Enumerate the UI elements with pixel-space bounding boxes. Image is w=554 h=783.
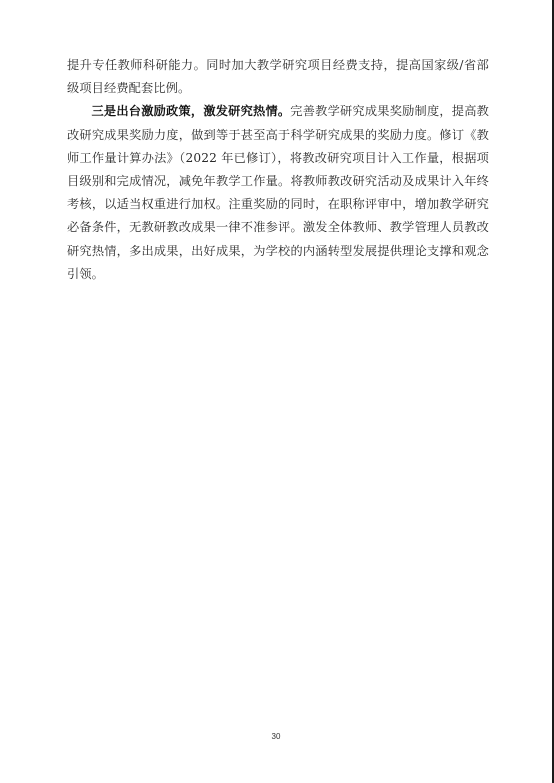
- page-number: 30: [0, 732, 552, 741]
- paragraph-continuation: 提升专任教师科研能力。同时加大教学研究项目经费支持，提高国家级/省部级项目经费配…: [67, 54, 489, 100]
- document-page: 提升专任教师科研能力。同时加大教学研究项目经费支持，提高国家级/省部级项目经费配…: [0, 0, 554, 783]
- page-body: 提升专任教师科研能力。同时加大教学研究项目经费支持，提高国家级/省部级项目经费配…: [67, 54, 489, 286]
- paragraph-text: 提升专任教师科研能力。同时加大教学研究项目经费支持，提高国家级/省部级项目经费配…: [67, 58, 489, 95]
- paragraph-text: 完善教学研究成果奖励制度，提高教改研究成果奖励力度，做到等于甚至高于科学研究成果…: [67, 104, 489, 280]
- paragraph-lead-heading: 三是出台激励政策，激发研究热情。: [92, 104, 291, 118]
- paragraph-incentive-policy: 三是出台激励政策，激发研究热情。完善教学研究成果奖励制度，提高教改研究成果奖励力…: [67, 100, 489, 286]
